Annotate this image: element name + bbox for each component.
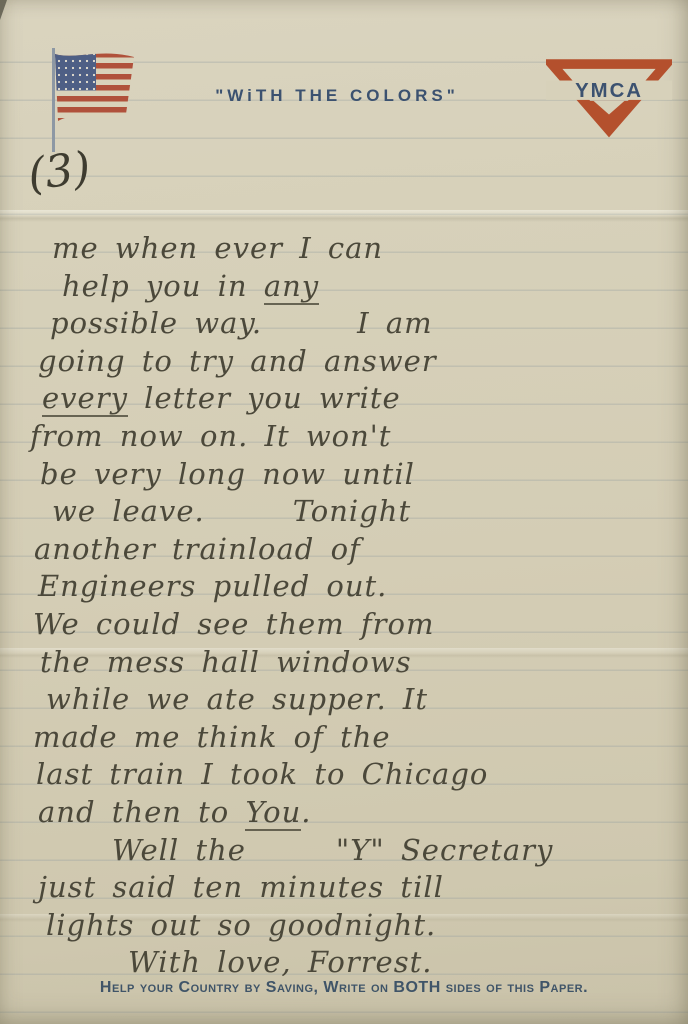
handwriting-line: Engineers pulled out. (0, 568, 688, 606)
handwriting-segment: I am (357, 306, 432, 340)
handwriting-segment: every (42, 381, 128, 417)
handwriting-line: lights out so goodnight. (0, 907, 688, 945)
handwriting-segment: while we ate supper. It (46, 682, 428, 716)
handwriting-segment: . (301, 795, 311, 829)
handwriting-line: We could see them from (0, 606, 688, 644)
handwriting-line: last train I took to Chicago (0, 756, 688, 794)
handwriting-line: help you in any (0, 268, 688, 306)
handwriting-segment: be very long now until (40, 457, 415, 491)
handwriting-line: be very long now until (0, 456, 688, 494)
handwriting-segment: another trainload of (34, 532, 361, 566)
handwriting-segment: any (264, 269, 319, 305)
handwriting-line: going to try and answer (0, 343, 688, 381)
handwriting-segment: help you in (62, 269, 264, 303)
handwriting-segment: made me think of the (33, 720, 391, 754)
handwriting-line: and then to You. (0, 794, 688, 832)
handwriting-line: another trainload of (0, 531, 688, 569)
handwriting-line: possible way.I am (0, 305, 688, 343)
handwriting-line: every letter you write (0, 380, 688, 418)
handwriting-line: made me think of the (0, 719, 688, 757)
footer-slogan: Help your Country by Saving, Write on BO… (0, 979, 688, 997)
ymca-triangle-icon: YMCA (546, 56, 672, 138)
handwriting-line: from now on. It won't (0, 418, 688, 456)
handwriting-segment: last train I took to Chicago (36, 757, 488, 791)
handwriting-segment: and then to (38, 795, 245, 829)
handwriting-segment: going to try and answer (38, 344, 437, 378)
handwriting-segment: With love, Forrest. (128, 945, 432, 979)
handwriting-segment: from now on. It won't (30, 419, 391, 453)
handwriting-segment: letter you write (128, 381, 401, 415)
handwriting-line: me when ever I can (0, 230, 688, 268)
page-number: (3) (25, 142, 93, 200)
handwriting-line: the mess hall windows (0, 644, 688, 682)
handwriting-segment: just said ten minutes till (38, 870, 444, 904)
handwriting-segment: lights out so goodnight. (46, 908, 436, 942)
handwriting-segment: the mess hall windows (40, 645, 412, 679)
handwriting-line: we leave.Tonight (0, 493, 688, 531)
handwriting-line: while we ate supper. It (0, 681, 688, 719)
letter-paper: "WiTH THE COLORS" YMCA (3) me when ever … (0, 0, 688, 1024)
handwriting-segment: we leave. (52, 494, 205, 528)
handwriting-line: just said ten minutes till (0, 869, 688, 907)
ymca-label: YMCA (575, 80, 643, 102)
handwriting-segment: Engineers pulled out. (38, 569, 387, 603)
handwriting-segment: Tonight (293, 494, 411, 528)
handwriting-segment: possible way. (50, 306, 262, 340)
letter-body: me when ever I canhelp you in anypossibl… (0, 230, 688, 982)
handwriting-segment: We could see them from (33, 607, 434, 641)
handwriting-line: Well the"Y" Secretary (0, 832, 688, 870)
handwriting-segment: You (245, 795, 301, 831)
handwriting-line: With love, Forrest. (0, 944, 688, 982)
handwriting-segment: me when ever I can (52, 231, 383, 265)
handwriting-segment: "Y" Secretary (336, 833, 554, 867)
handwriting-segment: Well the (112, 833, 246, 867)
